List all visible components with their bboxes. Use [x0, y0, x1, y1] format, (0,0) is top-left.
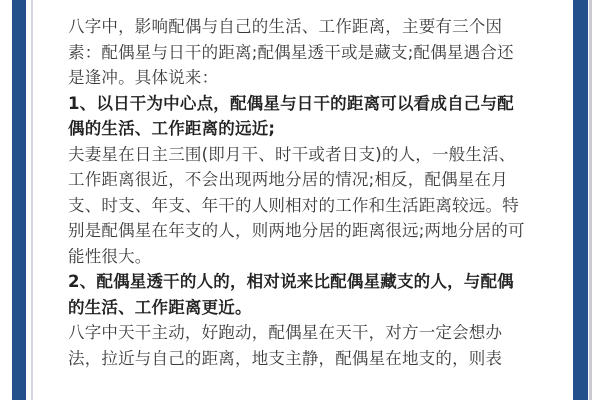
document-frame: 八字中，影响配偶与自己的生活、工作距离，主要有三个因素：配偶星与日干的距离;配偶… [0, 0, 600, 400]
point-2-paragraph: 八字中天干主动，好跑动，配偶星在天干，对方一定会想办法，拉近与自己的距离，地支主… [68, 320, 528, 371]
intro-paragraph: 八字中，影响配偶与自己的生活、工作距离，主要有三个因素：配偶星与日干的距离;配偶… [68, 14, 528, 91]
right-border-rule [589, 0, 592, 400]
article-body: 八字中，影响配偶与自己的生活、工作距离，主要有三个因素：配偶星与日干的距离;配偶… [68, 14, 528, 371]
right-border-bar [573, 0, 588, 400]
left-border-rule [31, 0, 33, 400]
point-1-paragraph: 夫妻星在日主三围(即月干、时干或者日支)的人，一般生活、工作距离很近，不会出现两… [68, 142, 528, 270]
left-border-bar [12, 0, 26, 400]
point-2-heading: 2、配偶星透干的人的，相对说来比配偶星藏支的人，与配偶的生活、工作距离更近。 [68, 269, 528, 320]
point-1-heading: 1、以日干为中心点，配偶星与日干的距离可以看成自己与配偶的生活、工作距离的远近; [68, 91, 528, 142]
